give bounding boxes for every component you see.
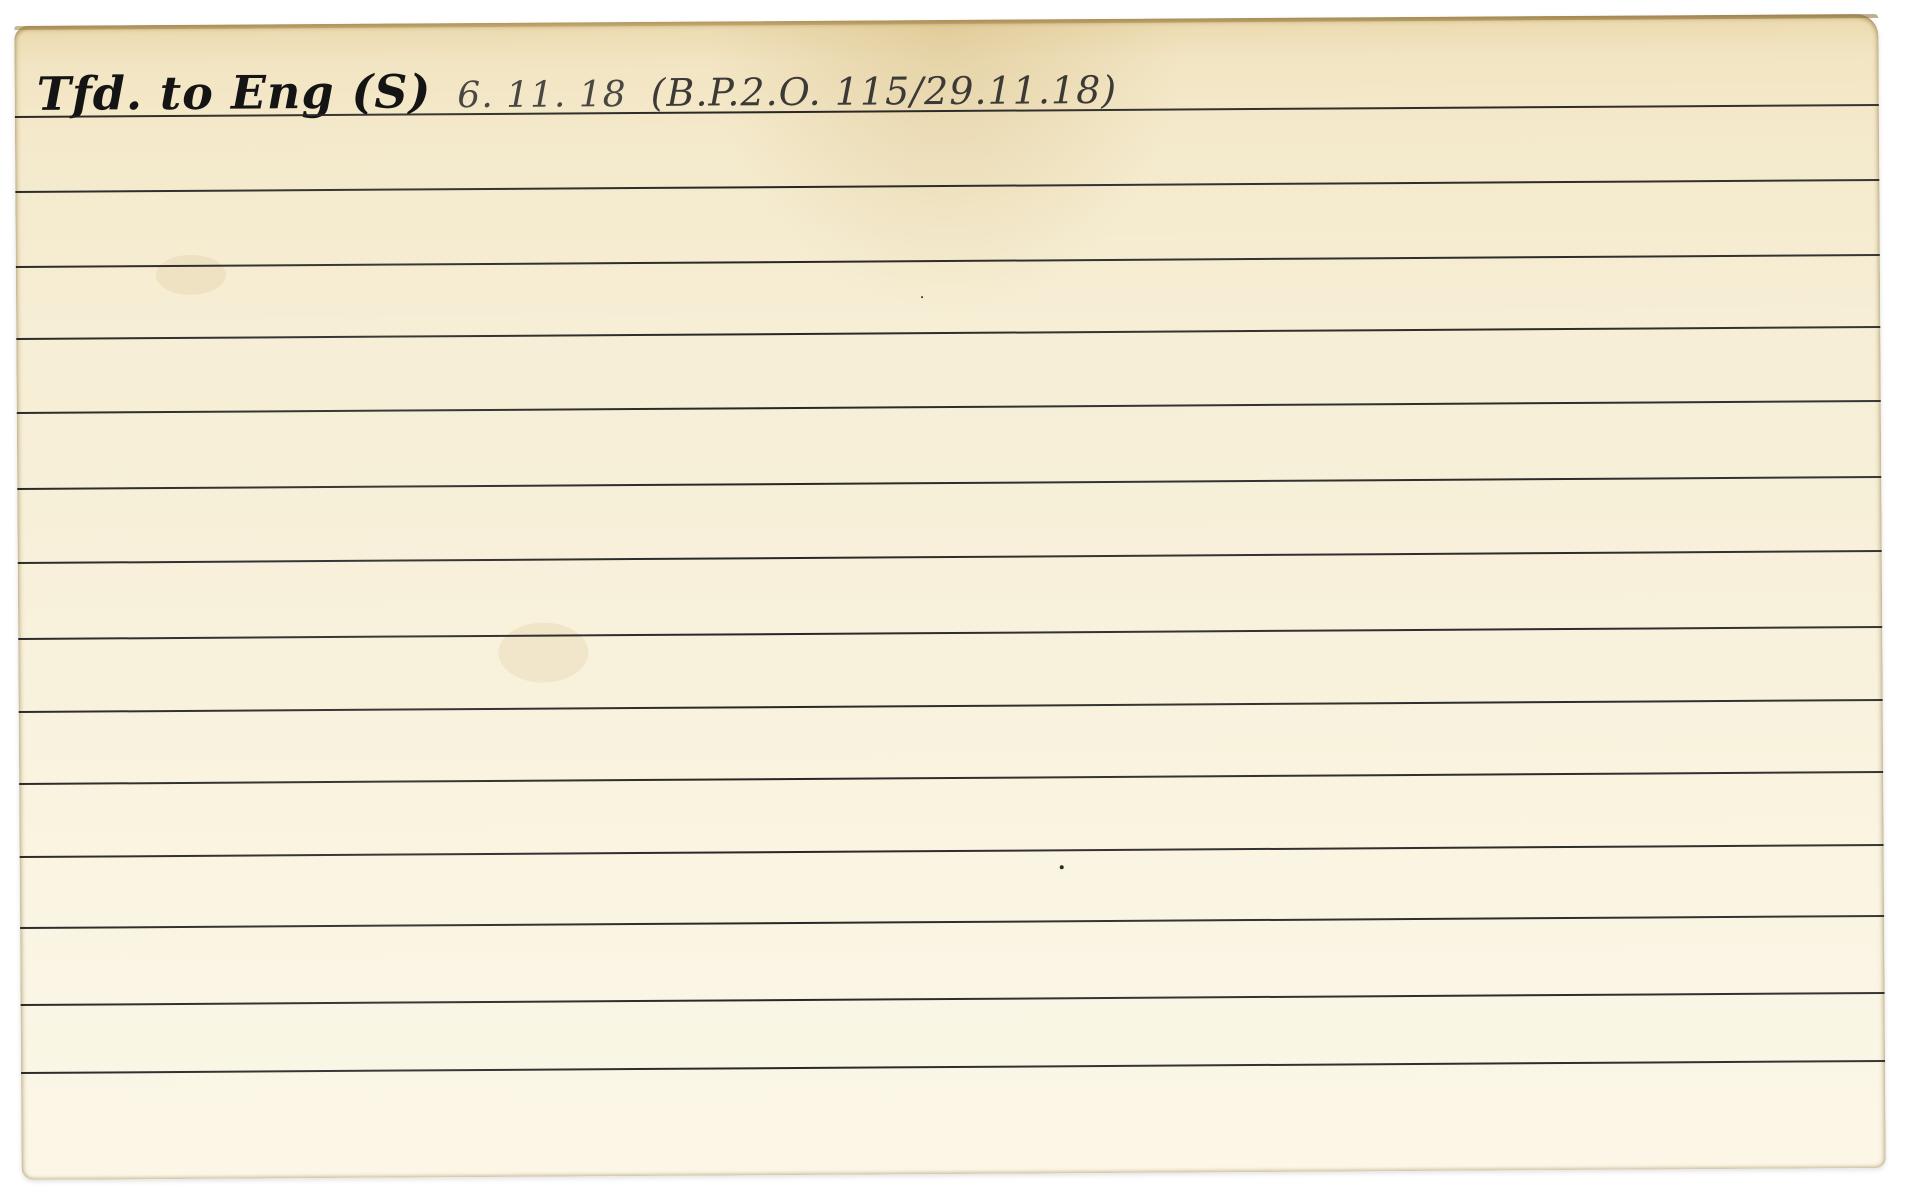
- ruled-line: [19, 771, 1883, 785]
- entry-date: 6. 11. 18: [457, 74, 627, 116]
- ruled-line: [20, 915, 1884, 929]
- index-card: Tfd. to Eng (S)6. 11. 18(B.P.2.O. 115/29…: [14, 14, 1885, 1180]
- ink-speck: [1060, 865, 1064, 869]
- ink-speck: [921, 296, 923, 298]
- ruled-line: [15, 179, 1879, 193]
- ruled-line: [16, 326, 1880, 340]
- ruled-line: [18, 550, 1882, 564]
- reference-note: (B.P.2.O. 115/29.11.18): [650, 68, 1117, 115]
- transfer-note: Tfd. to Eng (S): [37, 64, 432, 121]
- paper-stain: [156, 255, 226, 295]
- ruled-line: [19, 699, 1883, 713]
- paper-stain: [498, 622, 588, 683]
- ruled-line: [21, 1060, 1885, 1074]
- ruled-line: [16, 254, 1880, 268]
- ruled-line: [17, 400, 1881, 414]
- ruled-line: [18, 626, 1882, 640]
- ruled-line: [17, 476, 1881, 490]
- ruled-line: [20, 844, 1884, 858]
- ruled-line: [21, 992, 1885, 1006]
